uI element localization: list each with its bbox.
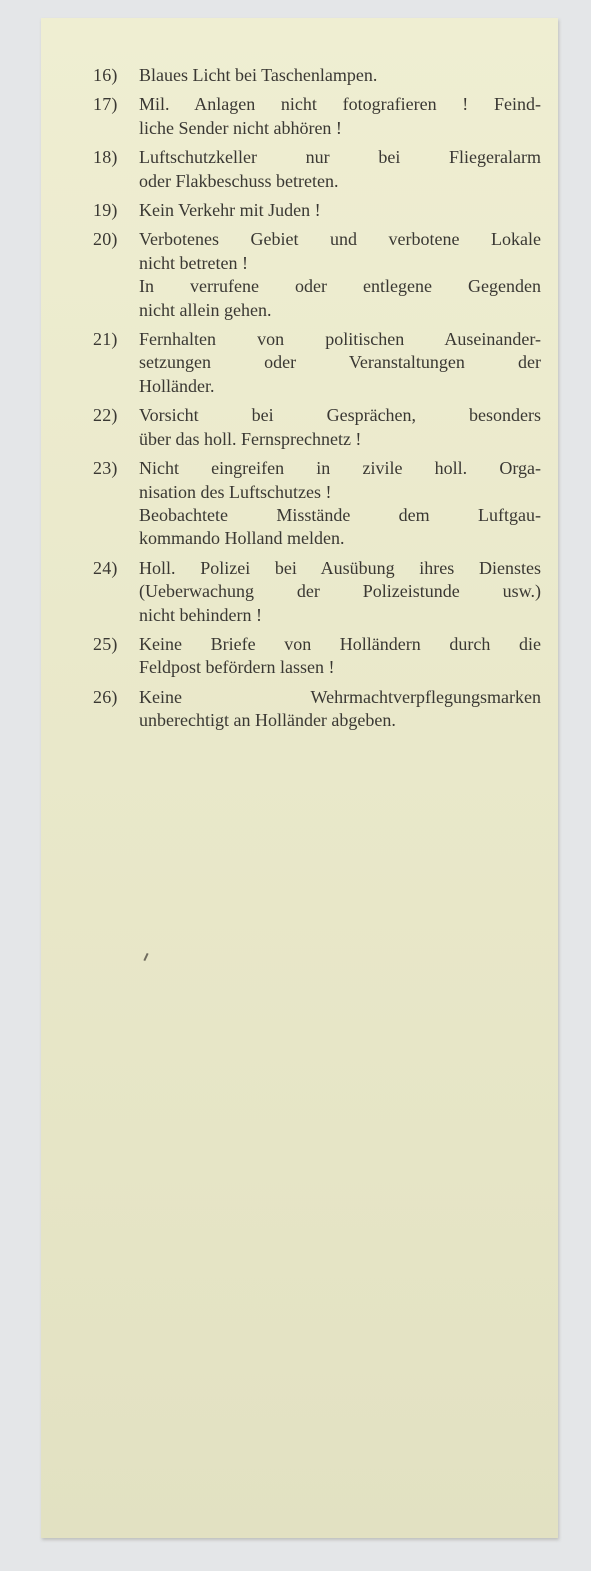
rule-item-19: 19) Kein Verkehr mit Juden ! <box>93 199 541 222</box>
rule-text: Holl. Polizei bei Ausübung ihres Dienste… <box>139 557 541 627</box>
rule-line: Fernhalten von politischen Auseinander- <box>139 328 541 351</box>
rule-number: 20) <box>93 228 139 322</box>
rule-line: nicht allein gehen. <box>139 299 541 322</box>
rule-number: 25) <box>93 633 139 680</box>
rule-text: Keine Briefe von Holländern durch die Fe… <box>139 633 541 680</box>
rule-number: 18) <box>93 146 139 193</box>
rule-line: nisation des Luftschutzes ! <box>139 481 541 504</box>
rule-item-21: 21) Fernhalten von politischen Auseinand… <box>93 328 541 398</box>
rule-text: Verbotenes Gebiet und verbotene Lokale n… <box>139 228 541 322</box>
rule-number: 26) <box>93 686 139 733</box>
rule-line: Vorsicht bei Gesprächen, besonders <box>139 404 541 427</box>
rule-item-23: 23) Nicht eingreifen in zivile holl. Org… <box>93 457 541 551</box>
rule-line: setzungen oder Veranstaltungen der <box>139 351 541 374</box>
rule-line: über das holl. Fernsprechnetz ! <box>139 428 541 451</box>
rule-line: nicht betreten ! <box>139 252 541 275</box>
rule-line: Feldpost befördern lassen ! <box>139 656 541 679</box>
rule-text: Fernhalten von politischen Auseinander- … <box>139 328 541 398</box>
rule-text: Keine Wehrmachtverpflegungsmarken unbere… <box>139 686 541 733</box>
reverse-side-bleed-through <box>141 778 521 1538</box>
rule-line: Keine Briefe von Holländern durch die <box>139 633 541 656</box>
rule-text: Nicht eingreifen in zivile holl. Orga- n… <box>139 457 541 551</box>
rule-text: Luftschutzkeller nur bei Fliegeralarm od… <box>139 146 541 193</box>
rule-line: Holländer. <box>139 375 541 398</box>
ink-mark <box>143 953 148 961</box>
rule-item-24: 24) Holl. Polizei bei Ausübung ihres Die… <box>93 557 541 627</box>
rule-line: Holl. Polizei bei Ausübung ihres Dienste… <box>139 557 541 580</box>
rule-text: Kein Verkehr mit Juden ! <box>139 199 541 222</box>
rule-item-17: 17) Mil. Anlagen nicht fotografieren ! F… <box>93 93 541 140</box>
rule-text: Blaues Licht bei Taschenlampen. <box>139 64 541 87</box>
rule-text: Mil. Anlagen nicht fotografieren ! Feind… <box>139 93 541 140</box>
rule-line: Nicht eingreifen in zivile holl. Orga- <box>139 457 541 480</box>
rule-line: Luftschutzkeller nur bei Fliegeralarm <box>139 146 541 169</box>
rule-number: 21) <box>93 328 139 398</box>
rule-line: nicht behindern ! <box>139 604 541 627</box>
rule-line: kommando Holland melden. <box>139 527 541 550</box>
rule-line: unberechtigt an Holländer abgeben. <box>139 709 541 732</box>
rule-line: Keine Wehrmachtverpflegungsmarken <box>139 686 541 709</box>
rule-line: liche Sender nicht abhören ! <box>139 117 541 140</box>
rule-line: oder Flakbeschuss betreten. <box>139 170 541 193</box>
rule-line: Blaues Licht bei Taschenlampen. <box>139 64 541 87</box>
rule-item-25: 25) Keine Briefe von Holländern durch di… <box>93 633 541 680</box>
rule-line: Kein Verkehr mit Juden ! <box>139 199 541 222</box>
rule-line: Beobachtete Misstände dem Luftgau- <box>139 504 541 527</box>
rule-number: 24) <box>93 557 139 627</box>
rule-text: Vorsicht bei Gesprächen, besonders über … <box>139 404 541 451</box>
rule-line: In verrufene oder entlegene Gegenden <box>139 275 541 298</box>
rule-number: 16) <box>93 64 139 87</box>
rule-item-16: 16) Blaues Licht bei Taschenlampen. <box>93 64 541 87</box>
rule-line: Verbotenes Gebiet und verbotene Lokale <box>139 228 541 251</box>
rule-item-20: 20) Verbotenes Gebiet und verbotene Loka… <box>93 228 541 322</box>
rule-line: (Ueberwachung der Polizeistunde usw.) <box>139 580 541 603</box>
rules-list: 16) Blaues Licht bei Taschenlampen. 17) … <box>93 64 541 739</box>
rule-number: 17) <box>93 93 139 140</box>
rule-line: Mil. Anlagen nicht fotografieren ! Feind… <box>139 93 541 116</box>
rule-number: 22) <box>93 404 139 451</box>
rule-number: 19) <box>93 199 139 222</box>
rule-number: 23) <box>93 457 139 551</box>
rule-item-26: 26) Keine Wehrmachtverpflegungsmarken un… <box>93 686 541 733</box>
rule-item-22: 22) Vorsicht bei Gesprächen, besonders ü… <box>93 404 541 451</box>
rule-item-18: 18) Luftschutzkeller nur bei Fliegeralar… <box>93 146 541 193</box>
